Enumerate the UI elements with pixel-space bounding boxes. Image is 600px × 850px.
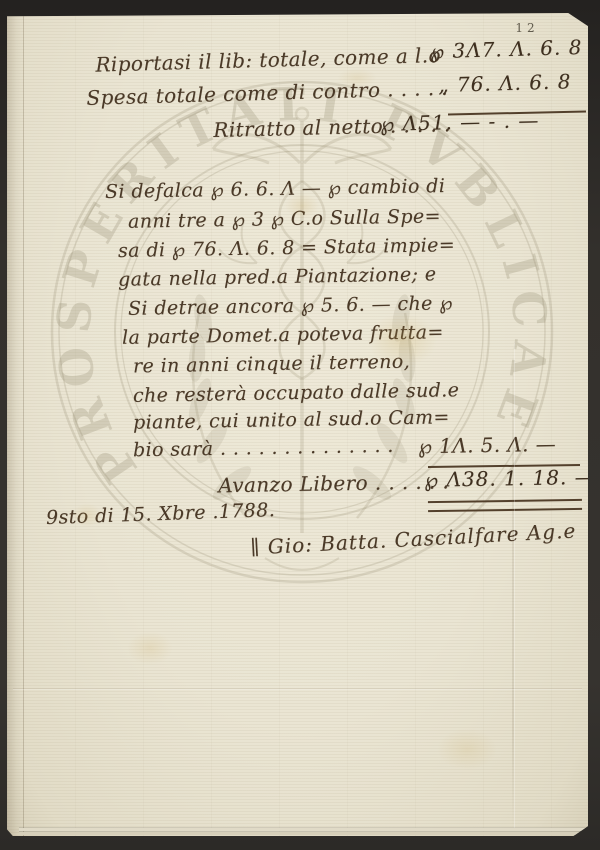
body-line: anni tre a ℘ 3 ℘ C.o Sulla Spe=	[128, 205, 441, 232]
page-gutter-edge	[7, 13, 24, 836]
line-amount: ℘ Λ38. 1. 18. —	[424, 465, 596, 492]
body-line: re in anni cinque il terreno,	[133, 351, 410, 378]
ledger-line-avanzo: Avanzo Libero . . . . . . ℘ Λ38. 1. 18. …	[7, 467, 582, 477]
body-line: gata nella pred.a Piantazione; e	[118, 263, 437, 291]
body-line: sa di ℘ 76. Λ. 6. 8 = Stata impie=	[118, 234, 455, 262]
ledger-line-ritratto: Ritratto al netto . . . . . ℘ Λ51. — - .…	[7, 109, 582, 123]
body-line: la parte Domet.a poteva frutta=	[122, 321, 444, 349]
cambio-amount: ℘ 1Λ. 5. Λ. —	[418, 432, 556, 458]
signature: ∥ Gio: Batta. Cascialfare Ag.e	[250, 518, 577, 559]
paper-stain	[127, 631, 173, 665]
body-line: bio sarà . . . . . . . . . . . . . .	[133, 435, 394, 462]
ledger-line-riportasi: Riportasi il lib: totale, come a l.o ℘ 3…	[7, 39, 582, 55]
underlying-sheet-edge	[19, 827, 585, 835]
page-number-stamp: 12	[507, 21, 547, 35]
paper-stain	[437, 728, 497, 770]
date-line: 9sto di 15. Xbre .1788.	[46, 499, 276, 529]
body-line: che resterà occupato dalle sud.e	[133, 379, 460, 407]
horizontal-fold-crease	[13, 688, 582, 689]
manuscript-page: PROSPERITATI PVBLICAE AVGENDAE	[7, 13, 588, 836]
line-amount: ℘ Λ51. — - . —	[380, 108, 540, 136]
body-line: Si detrae ancora ℘ 5. 6. — che ℘	[128, 292, 453, 320]
double-rule-under-avanzo	[428, 499, 582, 512]
line-label: Avanzo Libero . . . . . .	[218, 469, 449, 497]
vertical-fold-crease	[512, 343, 514, 830]
body-line: piante, cui unito al sud.o Cam=	[133, 406, 450, 434]
line-label: Spesa totale come di contro . . . . .	[86, 76, 448, 110]
line-label: Riportasi il lib: totale, come a l.o	[95, 43, 441, 77]
line-amount: ℘ 3Λ7. Λ. 6. 8	[430, 35, 583, 63]
body-line: Si defalca ℘ 6. 6. Λ — ℘ cambio di	[105, 175, 446, 203]
photo-background: PROSPERITATI PVBLICAE AVGENDAE	[0, 0, 600, 850]
line-amount: „ 76. Λ. 6. 8	[438, 69, 572, 97]
ledger-line-spesa: Spesa totale come di contro . . . . . „ …	[7, 72, 582, 88]
